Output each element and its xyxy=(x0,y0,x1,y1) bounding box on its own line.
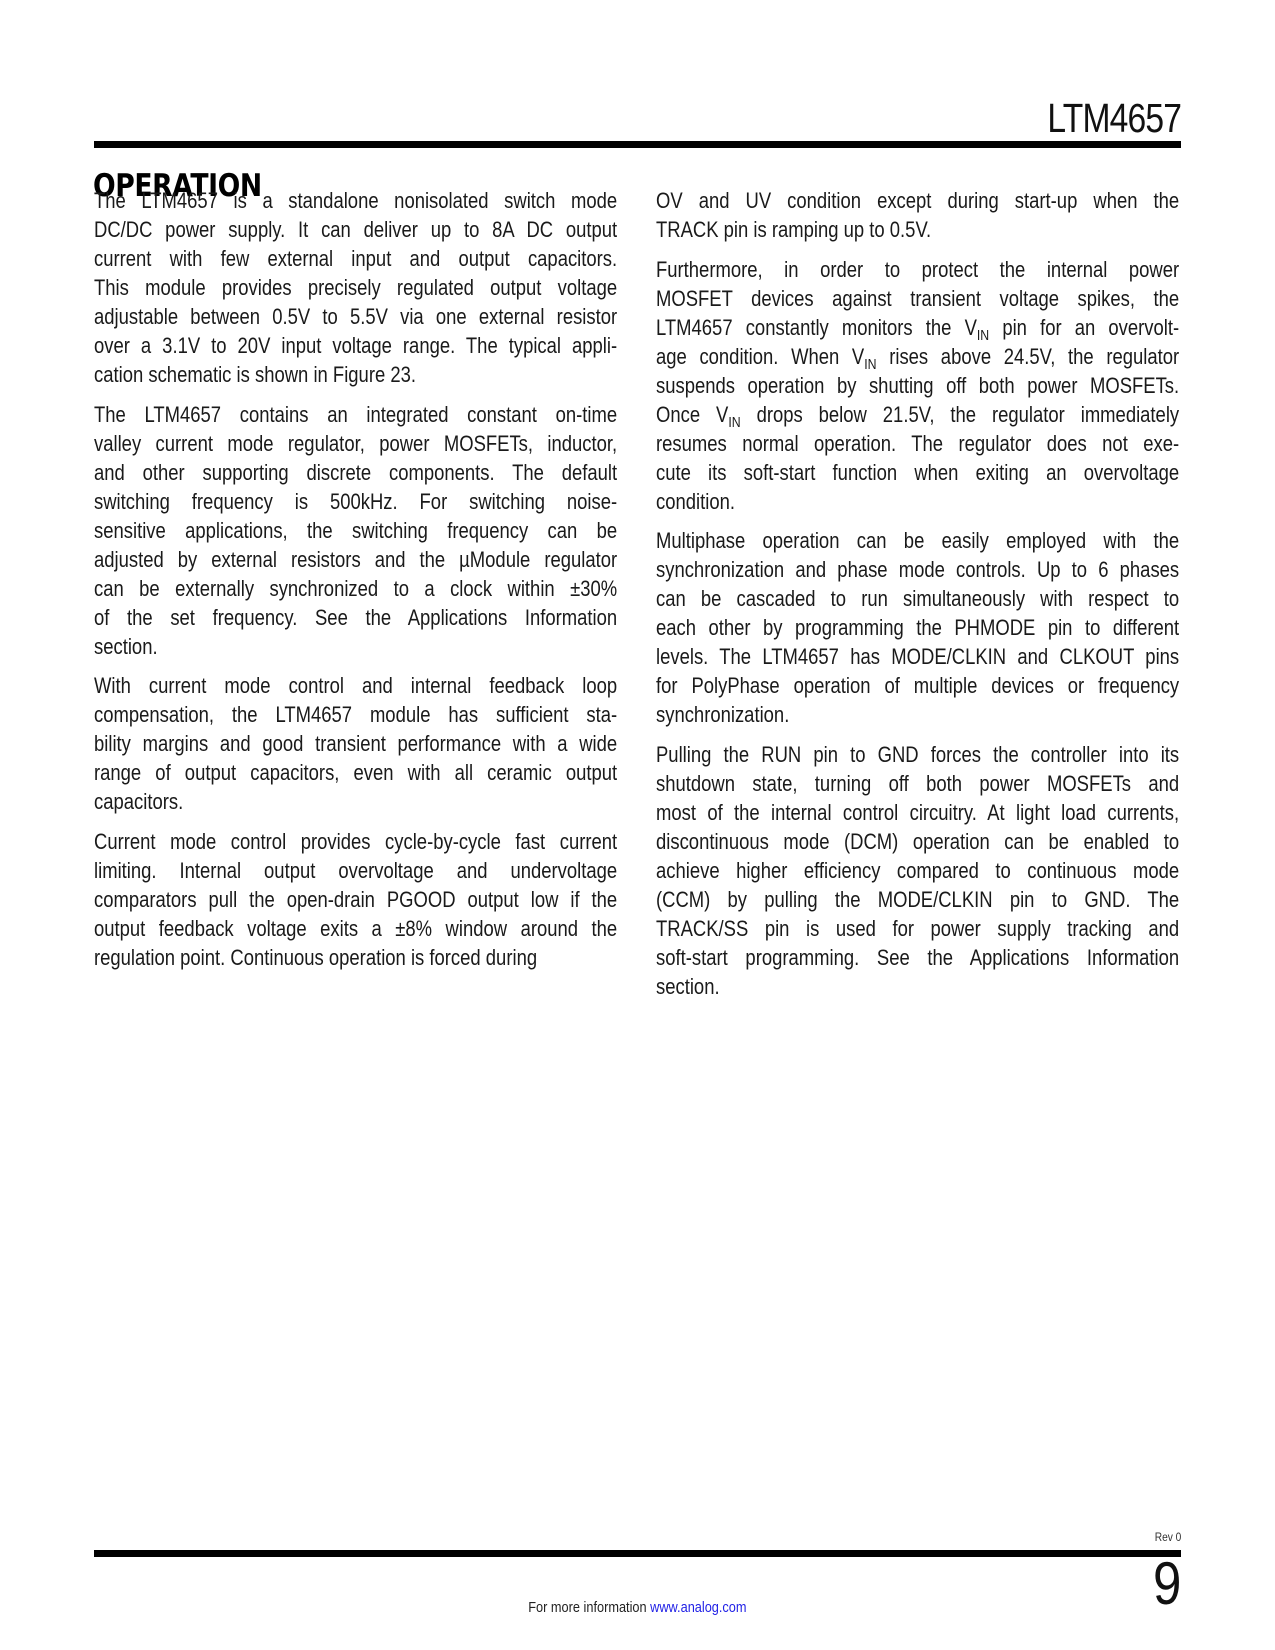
text-line: cute its soft-start function when exitin… xyxy=(656,458,1179,487)
text-line: each other by programming the PHMODE pin… xyxy=(656,613,1179,642)
text-line: sensitive applications, the switching fr… xyxy=(94,516,617,545)
footer-rule xyxy=(94,1550,1181,1557)
body-paragraph: The LTM4657 contains an integrated const… xyxy=(94,400,617,661)
header-rule xyxy=(94,141,1181,148)
text-line: Furthermore, in order to protect the int… xyxy=(656,255,1179,284)
footer-info: For more information www.analog.com xyxy=(0,1599,1275,1616)
text-line: suspends operation by shutting off both … xyxy=(656,371,1179,400)
text-line: achieve higher efficiency compared to co… xyxy=(656,856,1179,885)
revision-label: Rev 0 xyxy=(1154,1530,1181,1544)
text-line: adjusted by external resistors and the µ… xyxy=(94,545,617,574)
text-line: cation schematic is shown in Figure 23. xyxy=(94,360,617,389)
text-line: compensation, the LTM4657 module has suf… xyxy=(94,700,617,729)
text-line: and other supporting discrete components… xyxy=(94,458,617,487)
left-column: The LTM4657 is a standalone nonisolated … xyxy=(94,186,617,982)
text-line: LTM4657 constantly monitors the VIN pin … xyxy=(656,313,1179,342)
body-paragraph: Furthermore, in order to protect the int… xyxy=(656,255,1179,516)
text-line: age condition. When VIN rises above 24.5… xyxy=(656,342,1179,371)
text-line: OV and UV condition except during start-… xyxy=(656,186,1179,215)
text-run: Once V xyxy=(656,402,728,427)
text-line: can be externally synchronized to a cloc… xyxy=(94,574,617,603)
text-line: discontinuous mode (DCM) operation can b… xyxy=(656,827,1179,856)
text-run: age condition. When V xyxy=(656,344,864,369)
text-line: output feedback voltage exits a ±8% wind… xyxy=(94,914,617,943)
body-paragraph: Multiphase operation can be easily emplo… xyxy=(656,526,1179,729)
subscript: IN xyxy=(977,327,989,344)
text-run: LTM4657 constantly monitors the V xyxy=(656,315,977,340)
text-line: limiting. Internal output overvoltage an… xyxy=(94,856,617,885)
text-line: Multiphase operation can be easily emplo… xyxy=(656,526,1179,555)
text-line: Current mode control provides cycle-by-c… xyxy=(94,827,617,856)
text-line: Pulling the RUN pin to GND forces the co… xyxy=(656,740,1179,769)
text-line: DC/DC power supply. It can deliver up to… xyxy=(94,215,617,244)
text-line: of the set frequency. See the Applicatio… xyxy=(94,603,617,632)
text-line: TRACK/SS pin is used for power supply tr… xyxy=(656,914,1179,943)
text-line: section. xyxy=(94,632,617,661)
text-line: bility margins and good transient perfor… xyxy=(94,729,617,758)
body-paragraph: With current mode control and internal f… xyxy=(94,671,617,816)
text-line: section. xyxy=(656,972,1179,1001)
text-line: TRACK pin is ramping up to 0.5V. xyxy=(656,215,1179,244)
text-line: Once VIN drops below 21.5V, the regulato… xyxy=(656,400,1179,429)
body-paragraph: The LTM4657 is a standalone nonisolated … xyxy=(94,186,617,389)
text-run: drops below 21.5V, the regulator immedia… xyxy=(741,402,1180,427)
text-run: rises above 24.5V, the regulator xyxy=(877,344,1180,369)
text-line: condition. xyxy=(656,487,1179,516)
part-number-header: LTM4657 xyxy=(1047,96,1181,140)
text-line: current with few external input and outp… xyxy=(94,244,617,273)
text-line: valley current mode regulator, power MOS… xyxy=(94,429,617,458)
subscript: IN xyxy=(864,356,876,373)
body-paragraph: OV and UV condition except during start-… xyxy=(656,186,1179,244)
website-link[interactable]: www.analog.com xyxy=(650,1599,746,1616)
text-line: most of the internal control circuitry. … xyxy=(656,798,1179,827)
text-line: levels. The LTM4657 has MODE/CLKIN and C… xyxy=(656,642,1179,671)
text-line: (CCM) by pulling the MODE/CLKIN pin to G… xyxy=(656,885,1179,914)
text-line: comparators pull the open-drain PGOOD ou… xyxy=(94,885,617,914)
text-line: soft-start programming. See the Applicat… xyxy=(656,943,1179,972)
text-run: pin for an overvolt- xyxy=(989,315,1179,340)
text-line: synchronization. xyxy=(656,700,1179,729)
text-line: MOSFET devices against transient voltage… xyxy=(656,284,1179,313)
text-line: The LTM4657 contains an integrated const… xyxy=(94,400,617,429)
text-line: shutdown state, turning off both power M… xyxy=(656,769,1179,798)
text-line: capacitors. xyxy=(94,787,617,816)
text-line: regulation point. Continuous operation i… xyxy=(94,943,617,972)
body-paragraph: Current mode control provides cycle-by-c… xyxy=(94,827,617,972)
text-line: synchronization and phase mode controls.… xyxy=(656,555,1179,584)
text-line: adjustable between 0.5V to 5.5V via one … xyxy=(94,302,617,331)
text-line: can be cascaded to run simultaneously wi… xyxy=(656,584,1179,613)
right-column: OV and UV condition except during start-… xyxy=(656,186,1179,1011)
body-paragraph: Pulling the RUN pin to GND forces the co… xyxy=(656,740,1179,1001)
text-line: resumes normal operation. The regulator … xyxy=(656,429,1179,458)
text-line: over a 3.1V to 20V input voltage range. … xyxy=(94,331,617,360)
text-line: switching frequency is 500kHz. For switc… xyxy=(94,487,617,516)
text-line: range of output capacitors, even with al… xyxy=(94,758,617,787)
text-line: for PolyPhase operation of multiple devi… xyxy=(656,671,1179,700)
subscript: IN xyxy=(728,414,740,431)
text-line: With current mode control and internal f… xyxy=(94,671,617,700)
text-line: This module provides precisely regulated… xyxy=(94,273,617,302)
footer-info-prefix: For more information xyxy=(528,1599,650,1616)
text-line: The LTM4657 is a standalone nonisolated … xyxy=(94,186,617,215)
